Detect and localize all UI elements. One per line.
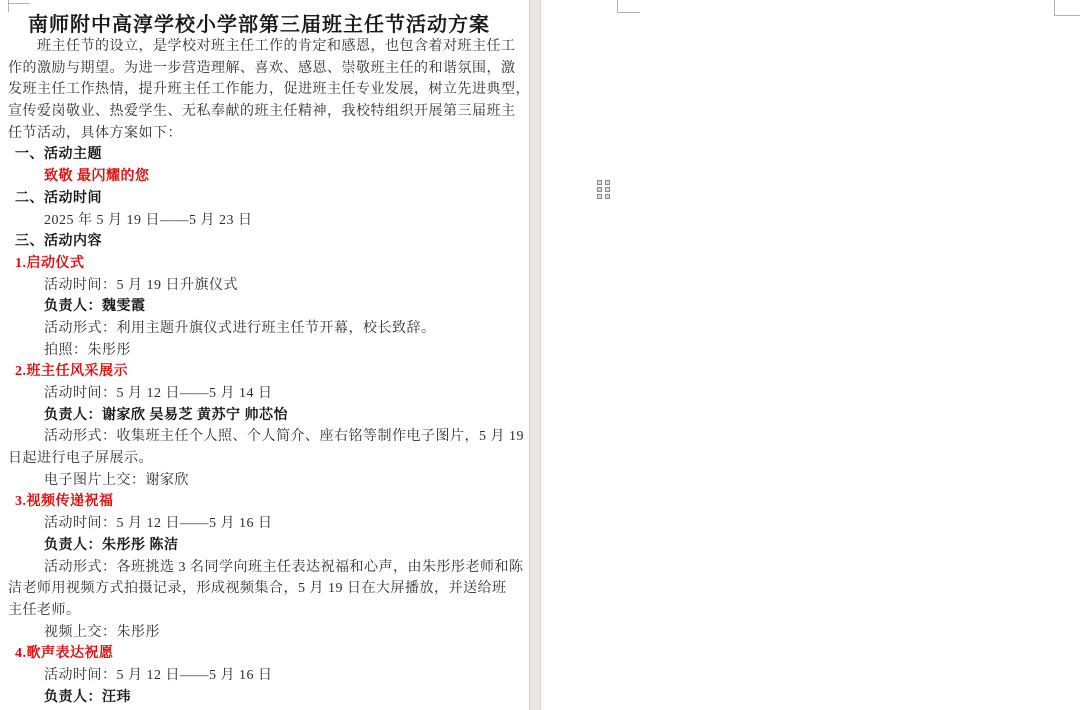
text-line: 拍照：朱彤彤	[44, 340, 518, 362]
text-line: 活动时间：5 月 12 日——5 月 16 日	[44, 665, 518, 687]
drag-handle-dot	[605, 180, 610, 185]
text-line: 2.班主任风采展示	[15, 361, 518, 383]
crop-mark	[8, 0, 9, 12]
crop-mark	[617, 0, 618, 12]
drag-handle-dot	[605, 194, 610, 199]
text-line: 主任老师。	[8, 600, 518, 622]
crop-mark	[1054, 15, 1080, 16]
text-line: 电子图片上交：谢家欣	[44, 470, 518, 492]
right-page: 活动形式：音乐组利用音乐课组织练唱歌曲《听我说，谢谢你》，在5月19 日升旗仪式…	[541, 0, 1080, 710]
text-line: 日起进行电子屏展示。	[8, 448, 518, 470]
page-divider	[529, 0, 541, 710]
text-line: 活动形式：收集班主任个人照、个人简介、座右铭等制作电子图片，5 月 19	[44, 426, 518, 448]
text-line: 活动时间：5 月 19 日升旗仪式	[44, 275, 518, 297]
crop-mark	[617, 12, 640, 13]
text-line: 致敬 最闪耀的您	[44, 166, 518, 188]
left-page: 南师附中高淳学校小学部第三届班主任节活动方案 班主任节的设立，是学校对班主任工作…	[0, 0, 529, 710]
drag-handle-dot	[597, 180, 602, 185]
text-line: 发班主任工作热情，提升班主任工作能力，促进班主任专业发展，树立先进典型，	[8, 79, 518, 101]
text-line: 活动形式：利用主题升旗仪式进行班主任节开幕，校长致辞。	[44, 318, 518, 340]
crop-mark	[1054, 0, 1055, 15]
text-line: 一、活动主题	[15, 144, 518, 166]
text-line: 洁老师用视频方式拍摄记录，形成视频集合，5 月 19 日在大屏播放，并送给班	[8, 578, 518, 600]
text-line: 活动时间：5 月 12 日——5 月 16 日	[44, 513, 518, 535]
text-line: 1.启动仪式	[15, 253, 518, 275]
text-line: 负责人：朱彤彤 陈洁	[44, 535, 518, 557]
text-line: 宣传爱岗敬业、热爱学生、无私奉献的班主任精神，我校特组织开展第三届班主	[8, 101, 518, 123]
text-line: 2025 年 5 月 19 日——5 月 23 日	[44, 210, 518, 232]
text-line: 负责人：谢家欣 吴易芝 黄苏宁 帅芯怡	[44, 405, 518, 427]
text-line: 活动形式：各班挑选 3 名同学向班主任表达祝福和心声，由朱彤彤老师和陈	[44, 557, 518, 579]
text-line: 4.歌声表达祝愿	[15, 643, 518, 665]
text-line: 视频上交：朱彤彤	[44, 622, 518, 644]
text-line: 作的激励与期望。为进一步营造理解、喜欢、感恩、崇敬班主任的和谐氛围，激	[8, 58, 518, 80]
drag-handle-dot	[597, 187, 602, 192]
left-page-lines: 班主任节的设立，是学校对班主任工作的肯定和感恩，也包含着对班主任工作的激励与期望…	[8, 36, 518, 708]
drag-handle-dot	[597, 194, 602, 199]
text-line: 负责人：汪玮	[44, 687, 518, 709]
crop-mark	[8, 3, 30, 4]
text-line: 班主任节的设立，是学校对班主任工作的肯定和感恩，也包含着对班主任工	[37, 36, 518, 58]
text-line: 任节活动，具体方案如下：	[8, 123, 518, 145]
text-line: 三、活动内容	[15, 231, 518, 253]
text-line: 活动时间：5 月 12 日——5 月 14 日	[44, 383, 518, 405]
drag-handle-dot	[605, 187, 610, 192]
document-title: 南师附中高淳学校小学部第三届班主任节活动方案	[8, 8, 510, 37]
text-line: 二、活动时间	[15, 188, 518, 210]
drag-handle-icon[interactable]	[597, 180, 610, 199]
text-line: 3.视频传递祝福	[15, 491, 518, 513]
text-line: 负责人：魏雯霞	[44, 296, 518, 318]
